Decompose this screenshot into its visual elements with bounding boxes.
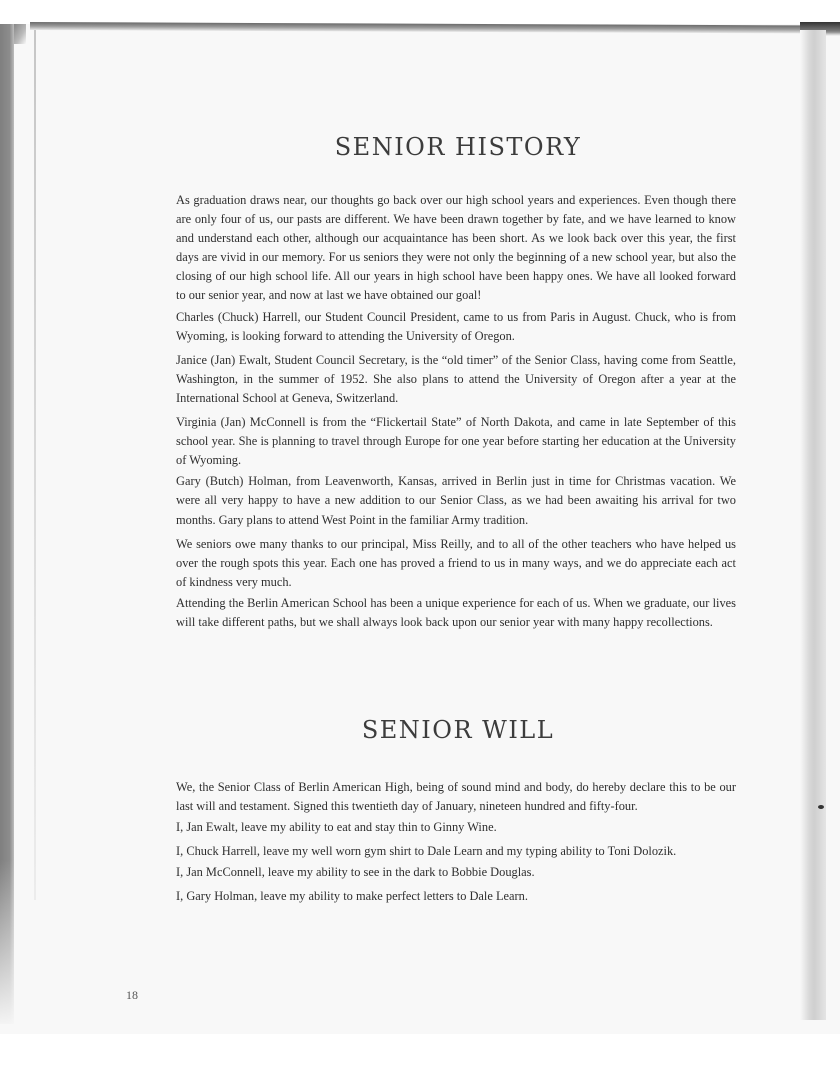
history-paragraph-intro: As graduation draws near, our thoughts g… <box>176 191 736 306</box>
senior-will-body: We, the Senior Class of Berlin American … <box>176 778 736 912</box>
page-right-gutter <box>800 30 826 1020</box>
will-bequest: I, Jan Ewalt, leave my ability to eat an… <box>176 818 736 837</box>
history-paragraph-mcconnell: Virginia (Jan) McConnell is from the “Fl… <box>176 413 736 470</box>
will-preamble: We, the Senior Class of Berlin American … <box>176 778 736 816</box>
senior-history-heading: SENIOR HISTORY <box>38 133 840 161</box>
history-paragraph-holman: Gary (Butch) Holman, from Leavenworth, K… <box>176 472 736 529</box>
history-paragraph-ewalt: Janice (Jan) Ewalt, Student Council Secr… <box>176 351 736 408</box>
history-paragraph-harrell: Charles (Chuck) Harrell, our Student Cou… <box>176 308 736 346</box>
book-spine-fade <box>0 860 14 1030</box>
page-number: 18 <box>126 988 138 1003</box>
scan-speck <box>818 805 824 809</box>
will-bequest: I, Chuck Harrell, leave my well worn gym… <box>176 842 736 861</box>
history-paragraph-thanks: We seniors owe many thanks to our princi… <box>176 535 736 592</box>
page-corner-fold <box>14 24 26 44</box>
will-bequest: I, Gary Holman, leave my ability to make… <box>176 887 736 906</box>
senior-history-body: As graduation draws near, our thoughts g… <box>176 191 736 637</box>
history-paragraph-closing: Attending the Berlin American School has… <box>176 594 736 632</box>
will-bequest: I, Jan McConnell, leave my ability to se… <box>176 863 736 882</box>
page-left-edge <box>34 30 36 900</box>
senior-will-heading: SENIOR WILL <box>38 716 840 744</box>
